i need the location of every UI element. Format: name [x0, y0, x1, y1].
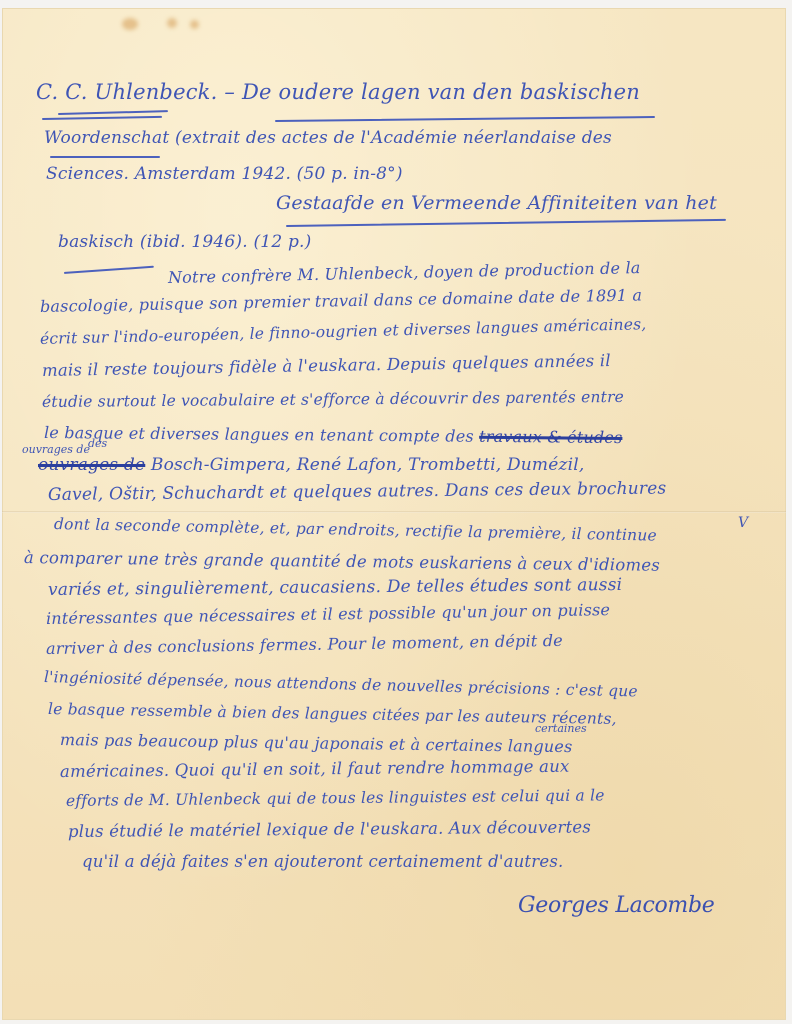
struck-text: travaux & études: [479, 427, 622, 447]
book-title-2-cont: baskisch: [58, 232, 134, 252]
header-line-2: Woordenschat (extrait des actes de l'Aca…: [44, 128, 612, 148]
header-line-5: baskisch (ibid. 1946). (12 p.): [58, 232, 311, 252]
body-line-20: qu'il a déjà faites s'en ajouteront cert…: [82, 852, 563, 871]
body-line-7: ouvrages de Bosch-Gimpera, René Lafon, T…: [38, 455, 585, 475]
insertion-above: des: [88, 437, 107, 450]
citation-1: (extrait des actes de l'Académie néerlan…: [175, 128, 612, 148]
book-title-1: De oudere lagen van den baskischen: [242, 80, 640, 104]
title1b-underline: [50, 156, 160, 158]
signature: Georges Lacombe: [518, 893, 715, 918]
paper-stain: [190, 20, 199, 29]
header-line-1: C. C. Uhlenbeck. – De oudere lagen van d…: [36, 80, 640, 104]
body-line-7-text: Bosch-Gimpera, René Lafon, Trombetti, Du…: [151, 455, 585, 475]
caret-mark: V: [738, 515, 748, 531]
separator: . –: [211, 80, 235, 104]
body-line-6-text: le basque et diverses langues en tenant …: [44, 423, 474, 446]
book-title-1-cont: Woordenschat: [44, 128, 169, 148]
book-title-2: Gestaafde en Vermeende Affiniteiten van …: [276, 192, 717, 214]
header-line-3: Sciences. Amsterdam 1942. (50 p. in-8°): [46, 164, 403, 184]
paper-fold-line: [2, 511, 786, 513]
citation-2: (ibid. 1946). (12 p.): [140, 232, 312, 252]
paper-stain: [122, 18, 138, 30]
struck-text: ouvrages de: [38, 455, 145, 475]
insertion-above: certaines: [535, 722, 587, 735]
author-name: C. C. Uhlenbeck: [36, 80, 211, 104]
paper-stain: [167, 18, 177, 28]
